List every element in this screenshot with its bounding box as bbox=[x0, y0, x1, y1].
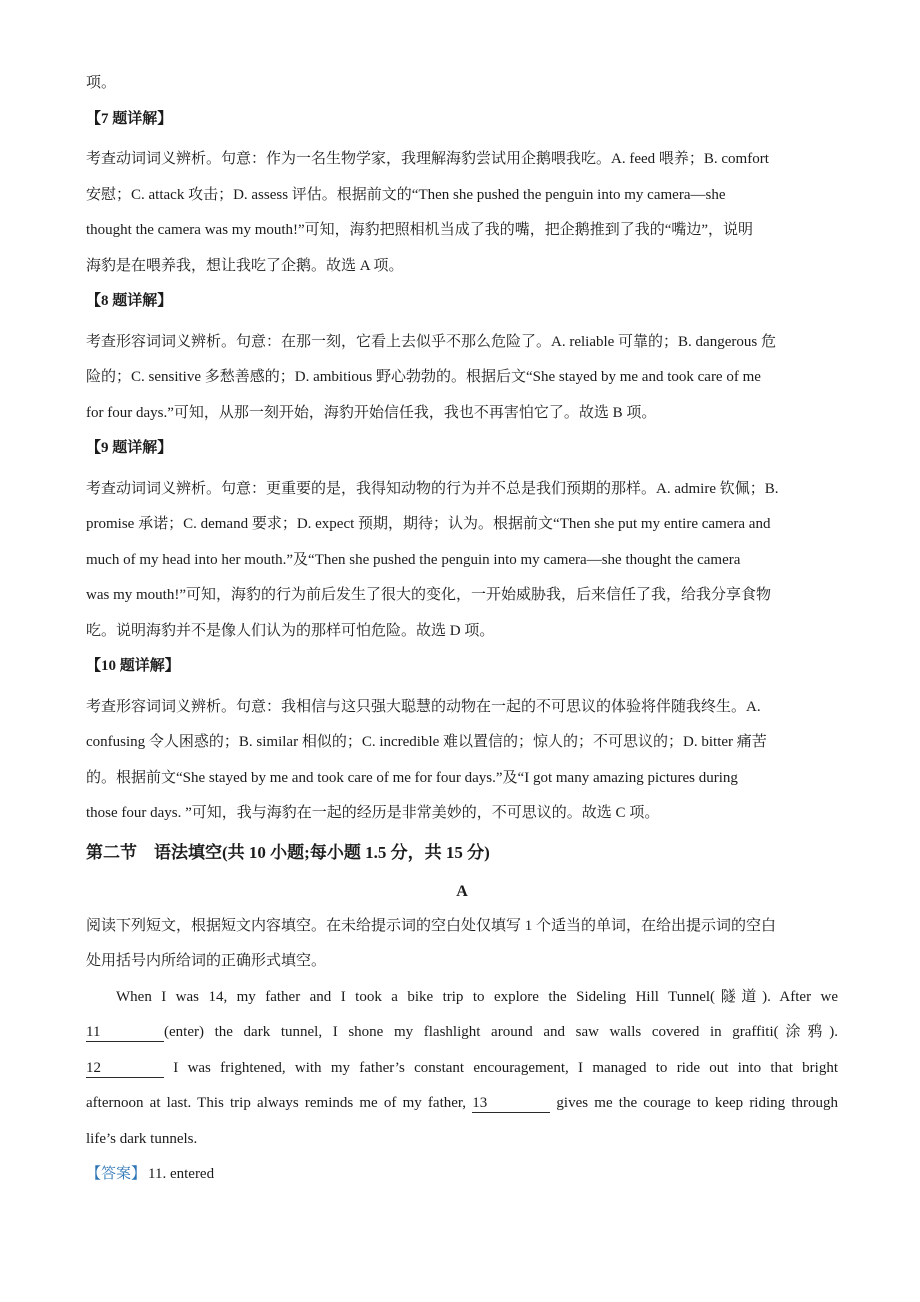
explanation-line: those four days. ”可知，我与海豹在一起的经历是非常美妙的，不可… bbox=[86, 796, 838, 832]
explanation-7-paragraph: 考查动词词义辨析。句意：作为一名生物学家，我理解海豹尝试用企鹅喂我吃。A. fe… bbox=[86, 142, 838, 284]
part-a-label: A bbox=[86, 874, 838, 910]
passage-line: 12 I was frightened, with my father’s co… bbox=[86, 1051, 838, 1087]
answer-value: 11. entered bbox=[148, 1166, 214, 1182]
exam-answer-document: 项。 【7 题详解】 考查动词词义辨析。句意：作为一名生物学家，我理解海豹尝试用… bbox=[0, 0, 920, 1302]
explanation-line: 的。根据前文“She stayed by me and took care of… bbox=[86, 761, 838, 797]
explanation-heading-7: 【7 题详解】 bbox=[86, 102, 838, 138]
explanation-10-paragraph: 考查形容词词义辨析。句意：我相信与这只强大聪慧的动物在一起的不可思议的体验将伴随… bbox=[86, 690, 838, 832]
passage-text: When I was 14, my father and I took a bi… bbox=[116, 989, 838, 1005]
explanation-heading-8: 【8 题详解】 bbox=[86, 284, 838, 320]
explanation-line: 吃。说明海豹并不是像人们认为的那样可怕危险。故选 D 项。 bbox=[86, 614, 838, 650]
instruction-line: 阅读下列短文，根据短文内容填空。在未给提示词的空白处仅填写 1 个适当的单词，在… bbox=[86, 909, 838, 945]
passage-text: I was frightened, with my father’s const… bbox=[164, 1060, 838, 1076]
explanation-9-paragraph: 考查动词词义辨析。句意：更重要的是，我得知动物的行为并不总是我们预期的那样。A.… bbox=[86, 472, 838, 650]
passage-line: life’s dark tunnels. bbox=[86, 1122, 838, 1158]
passage-line: afternoon at last. This trip always remi… bbox=[86, 1086, 838, 1122]
explanation-line: 安慰；C. attack 攻击；D. assess 评估。根据前文的“Then … bbox=[86, 178, 838, 214]
passage-text: life’s dark tunnels. bbox=[86, 1131, 197, 1147]
answer-line: 【答案】11. entered bbox=[86, 1157, 838, 1193]
explanation-line: promise 承诺；C. demand 要求；D. expect 预期，期待；… bbox=[86, 507, 838, 543]
passage-text: gives me the courage to keep riding thro… bbox=[550, 1095, 838, 1111]
explanation-line: 考查动词词义辨析。句意：更重要的是，我得知动物的行为并不总是我们预期的那样。A.… bbox=[86, 472, 838, 508]
explanation-line: confusing 令人困惑的；B. similar 相似的；C. incred… bbox=[86, 725, 838, 761]
explanation-8-paragraph: 考查形容词词义辨析。句意：在那一刻，它看上去似乎不那么危险了。A. reliab… bbox=[86, 325, 838, 432]
answer-label: 【答案】 bbox=[86, 1166, 146, 1182]
explanation-line: thought the camera was my mouth!”可知，海豹把照… bbox=[86, 213, 838, 249]
carryover-text-line: 项。 bbox=[86, 66, 838, 102]
passage-text: (enter) the dark tunnel, I shone my flas… bbox=[164, 1024, 838, 1040]
section2-instruction: 阅读下列短文，根据短文内容填空。在未给提示词的空白处仅填写 1 个适当的单词，在… bbox=[86, 909, 838, 980]
explanation-line: for four days.”可知，从那一刻开始，海豹开始信任我，我也不再害怕它… bbox=[86, 396, 838, 432]
passage-line: 11(enter) the dark tunnel, I shone my fl… bbox=[86, 1015, 838, 1051]
fill-in-blank: 12 bbox=[86, 1060, 164, 1078]
cloze-passage: When I was 14, my father and I took a bi… bbox=[86, 980, 838, 1158]
explanation-line: 海豹是在喂养我，想让我吃了企鹅。故选 A 项。 bbox=[86, 249, 838, 285]
section2-heading: 第二节 语法填空(共 10 小题;每小题 1.5 分，共 15 分) bbox=[86, 835, 838, 871]
explanation-line: 险的；C. sensitive 多愁善感的；D. ambitious 野心勃勃的… bbox=[86, 360, 838, 396]
explanation-line: much of my head into her mouth.”及“Then s… bbox=[86, 543, 838, 579]
fill-in-blank: 13 bbox=[472, 1095, 550, 1113]
explanation-line: 考查形容词词义辨析。句意：我相信与这只强大聪慧的动物在一起的不可思议的体验将伴随… bbox=[86, 690, 838, 726]
explanation-heading-10: 【10 题详解】 bbox=[86, 649, 838, 685]
explanation-line: 考查形容词词义辨析。句意：在那一刻，它看上去似乎不那么危险了。A. reliab… bbox=[86, 325, 838, 361]
fill-in-blank: 11 bbox=[86, 1024, 164, 1042]
explanation-line: 考查动词词义辨析。句意：作为一名生物学家，我理解海豹尝试用企鹅喂我吃。A. fe… bbox=[86, 142, 838, 178]
passage-text: afternoon at last. This trip always remi… bbox=[86, 1095, 472, 1111]
explanation-line: was my mouth!”可知，海豹的行为前后发生了很大的变化，一开始威胁我，… bbox=[86, 578, 838, 614]
instruction-line: 处用括号内所给词的正确形式填空。 bbox=[86, 944, 838, 980]
explanation-heading-9: 【9 题详解】 bbox=[86, 431, 838, 467]
passage-line: When I was 14, my father and I took a bi… bbox=[86, 980, 838, 1016]
